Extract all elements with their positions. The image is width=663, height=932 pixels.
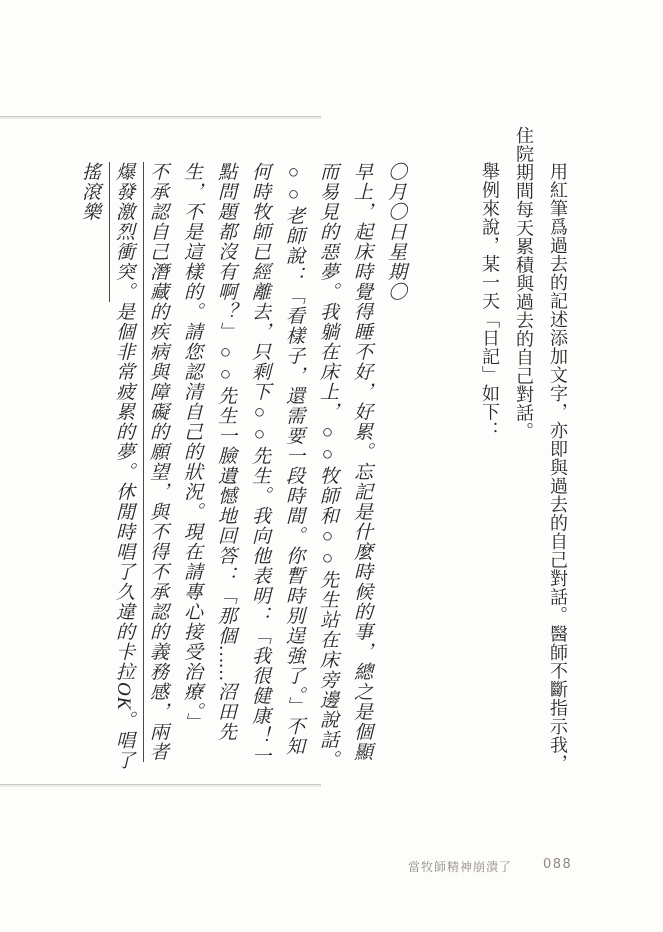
book-page: 用紅筆爲過去的記述添加文字，亦即與過去的自己對話。醫師不斷指示我，住院期間每天累… [0, 0, 663, 932]
diary-entry: 早上，起床時覺得睡不好，好累。忘記是什麼時候的事，總之是個顯而易見的惡夢。我躺在… [174, 162, 378, 775]
intro-text-block: 用紅筆爲過去的記述添加文字，亦即與過去的自己對話。醫師不斷指示我，住院期間每天累… [473, 126, 575, 790]
page-edge-rule-bottom [0, 784, 321, 787]
diary-commentary: 不承認自己潛藏的疾病與障礙的願望，與不得不承認的義務感，兩者爆發激烈衝突。是個非… [72, 162, 174, 775]
intro-paragraph-1: 用紅筆爲過去的記述添加文字，亦即與過去的自己對話。醫師不斷指示我，住院期間每天累… [507, 126, 575, 790]
diary-quote-block: 〇月〇日星期〇 早上，起床時覺得睡不好，好累。忘記是什麼時候的事，總之是個顯而易… [72, 162, 412, 775]
running-footer-title: 當牧師精神崩潰了 [408, 858, 512, 875]
intro-paragraph-2: 舉例來說，某一天「日記」如下： [473, 126, 507, 790]
page-number: 088 [543, 857, 572, 872]
page-edge-rule-top [0, 116, 321, 119]
diary-date-line: 〇月〇日星期〇 [378, 162, 412, 775]
